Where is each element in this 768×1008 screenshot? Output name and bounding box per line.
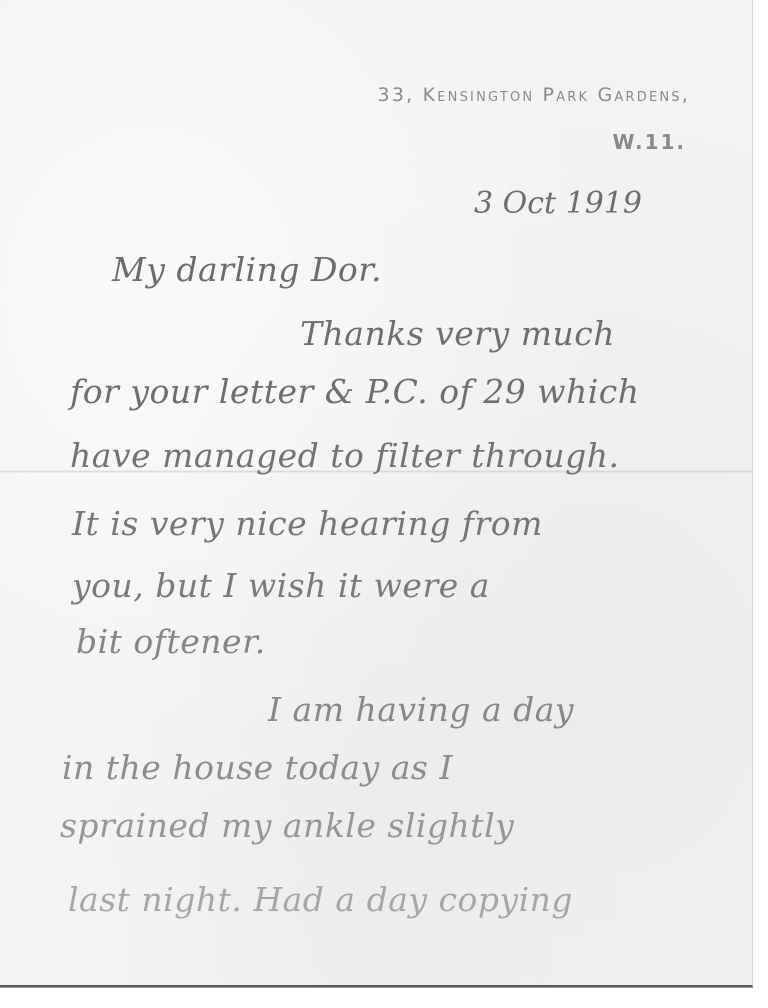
body-line: It is very nice hearing from <box>72 504 543 543</box>
body-line: you, but I wish it were a <box>72 566 490 605</box>
salutation: My darling Dor. <box>112 250 382 289</box>
body-line: Thanks very much <box>300 314 615 353</box>
body-line: sprained my ankle slightly <box>60 806 514 845</box>
body-line: for your letter & P.C. of 29 which <box>70 372 640 411</box>
body-line: bit oftener. <box>76 622 266 661</box>
body-line: I am having a day <box>268 690 574 729</box>
letter-date: 3 Oct 1919 <box>474 186 642 221</box>
letterhead-address: 33, Kensington Park Gardens, <box>378 84 690 106</box>
body-line: have managed to filter through. <box>70 436 620 475</box>
body-line: in the house today as I <box>62 748 453 787</box>
letter-page: 33, Kensington Park Gardens, W.11. 3 Oct… <box>0 0 753 987</box>
body-line: last night. Had a day copying <box>68 880 573 919</box>
letterhead-postcode: W.11. <box>613 130 686 154</box>
